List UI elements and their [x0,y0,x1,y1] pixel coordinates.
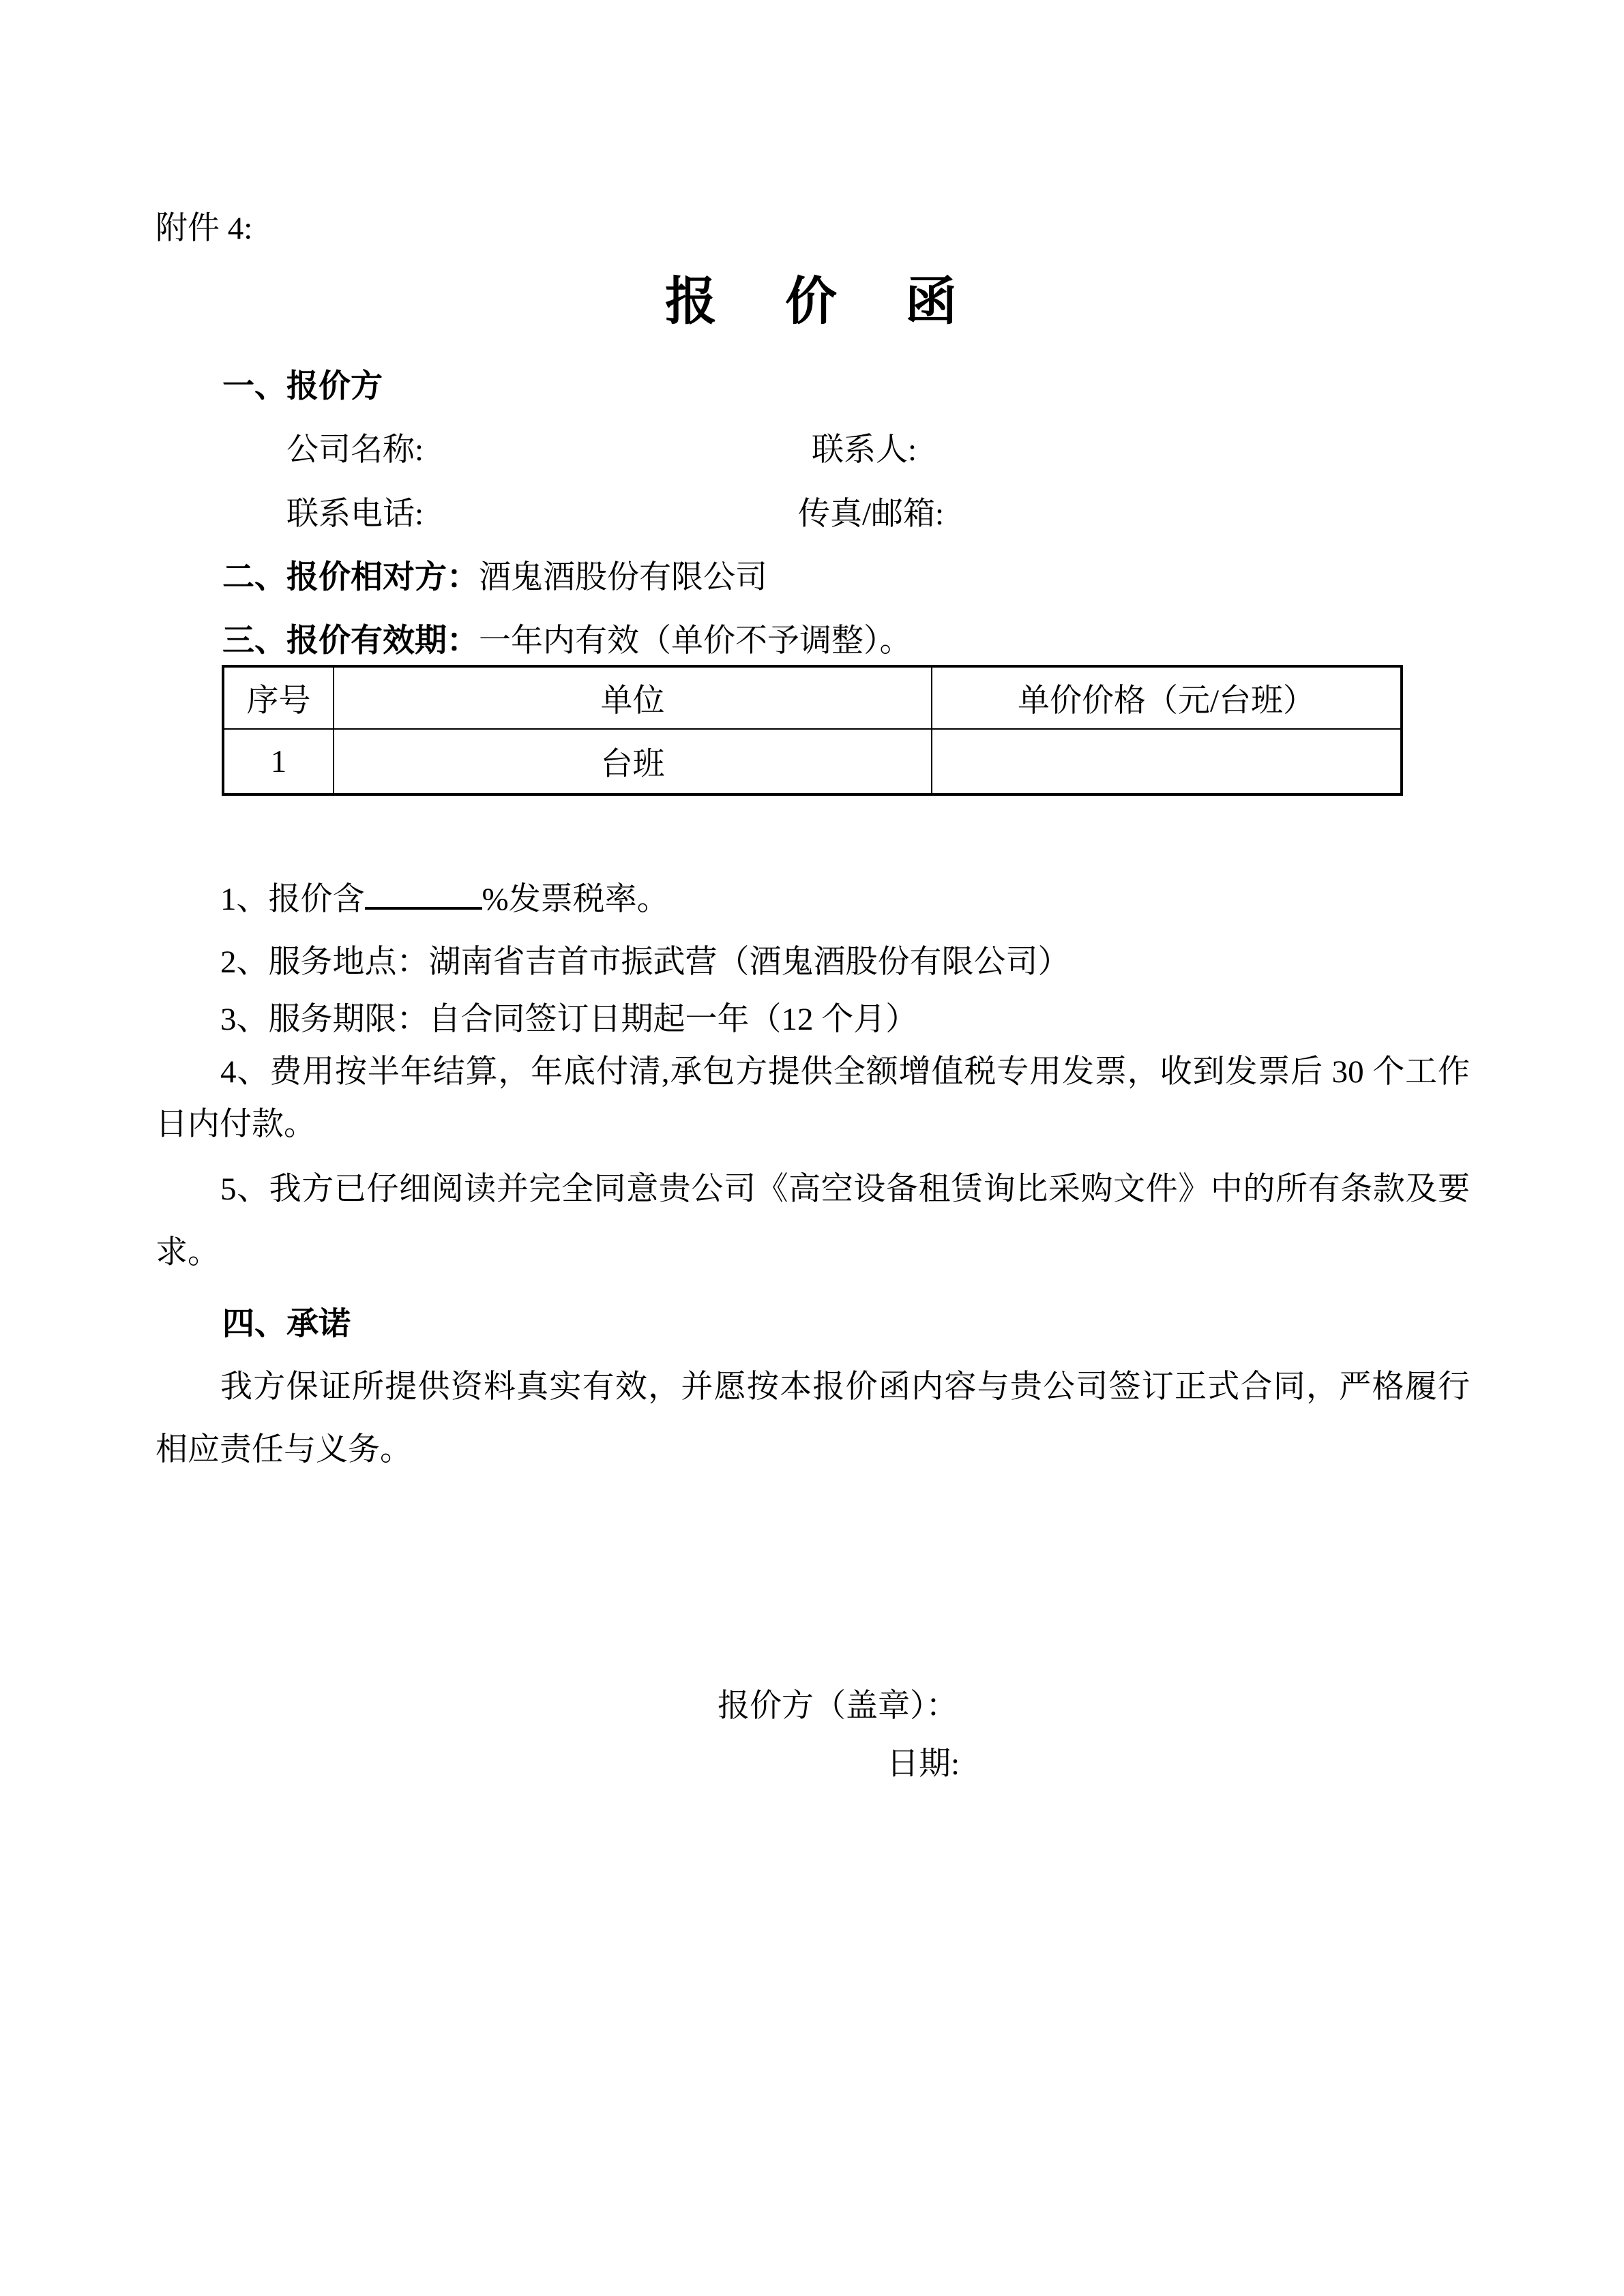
heading-counterparty: 二、报价相对方： [222,560,479,595]
commitment-line1: 我方保证所提供资料真实有效，并愿按本报价函内容与贵公司签订正式合同，严格履行 [220,1369,1470,1405]
field-label-contact-person: 联系人: [812,432,917,468]
cell-row1-unit: 台班 [334,730,932,793]
signature-date-label: 日期: [887,1746,960,1783]
note-tax-rate: 1、报价含%发票税率。 [220,880,669,918]
note-tax-rate-prefix: 1、报价含 [220,882,365,917]
note-payment-terms-line2: 日内付款。 [156,1106,316,1143]
validity-value: 一年内有效（单价不予调整）。 [479,623,912,659]
validity-line: 三、报价有效期：一年内有效（单价不予调整）。 [222,623,912,659]
cell-row1-no: 1 [224,730,334,793]
attachment-label: 附件 4: [156,210,252,247]
counterparty-line: 二、报价相对方：酒鬼酒股份有限公司 [222,559,767,596]
document-page: 附件 4: 报价函 一、报价方 公司名称: 联系人: 联系电话: 传真/邮箱: … [0,0,1624,2296]
document-title: 报价函 [665,274,1025,331]
heading-validity: 三、报价有效期： [222,623,479,659]
tax-rate-blank [365,880,482,910]
header-cell-no: 序号 [224,668,334,730]
note-agreement-line2: 求。 [156,1234,220,1271]
heading-commitment: 四、承诺 [222,1306,351,1343]
note-agreement-line1: 5、我方已仔细阅读并完全同意贵公司《高空设备租赁询比采购文件》中的所有条款及要 [220,1171,1470,1208]
counterparty-name: 酒鬼酒股份有限公司 [479,560,767,595]
cell-row1-price [932,730,1400,793]
note-service-location: 2、服务地点：湖南省吉首市振武营（酒鬼酒股份有限公司） [220,944,1070,981]
header-cell-unit: 单位 [334,668,932,730]
note-tax-rate-suffix: %发票税率。 [482,882,669,917]
field-label-contact-phone: 联系电话: [286,496,424,533]
note-payment-terms-line1: 4、费用按半年结算，年底付清,承包方提供全额增值税专用发票，收到发票后 30 个… [220,1054,1470,1090]
field-label-company-name: 公司名称: [286,432,424,468]
quotation-table: 序号 单位 单价价格（元/台班） 1 台班 [222,665,1403,796]
note-service-term: 3、服务期限：自合同签订日期起一年（12 个月） [220,1001,917,1038]
header-cell-price: 单价价格（元/台班） [932,668,1400,730]
field-label-fax-email: 传真/邮箱: [798,496,944,533]
signature-stamp-label: 报价方（盖章）： [718,1688,958,1725]
commitment-line2: 相应责任与义务。 [156,1431,412,1468]
heading-quoting-party: 一、报价方 [222,368,383,405]
